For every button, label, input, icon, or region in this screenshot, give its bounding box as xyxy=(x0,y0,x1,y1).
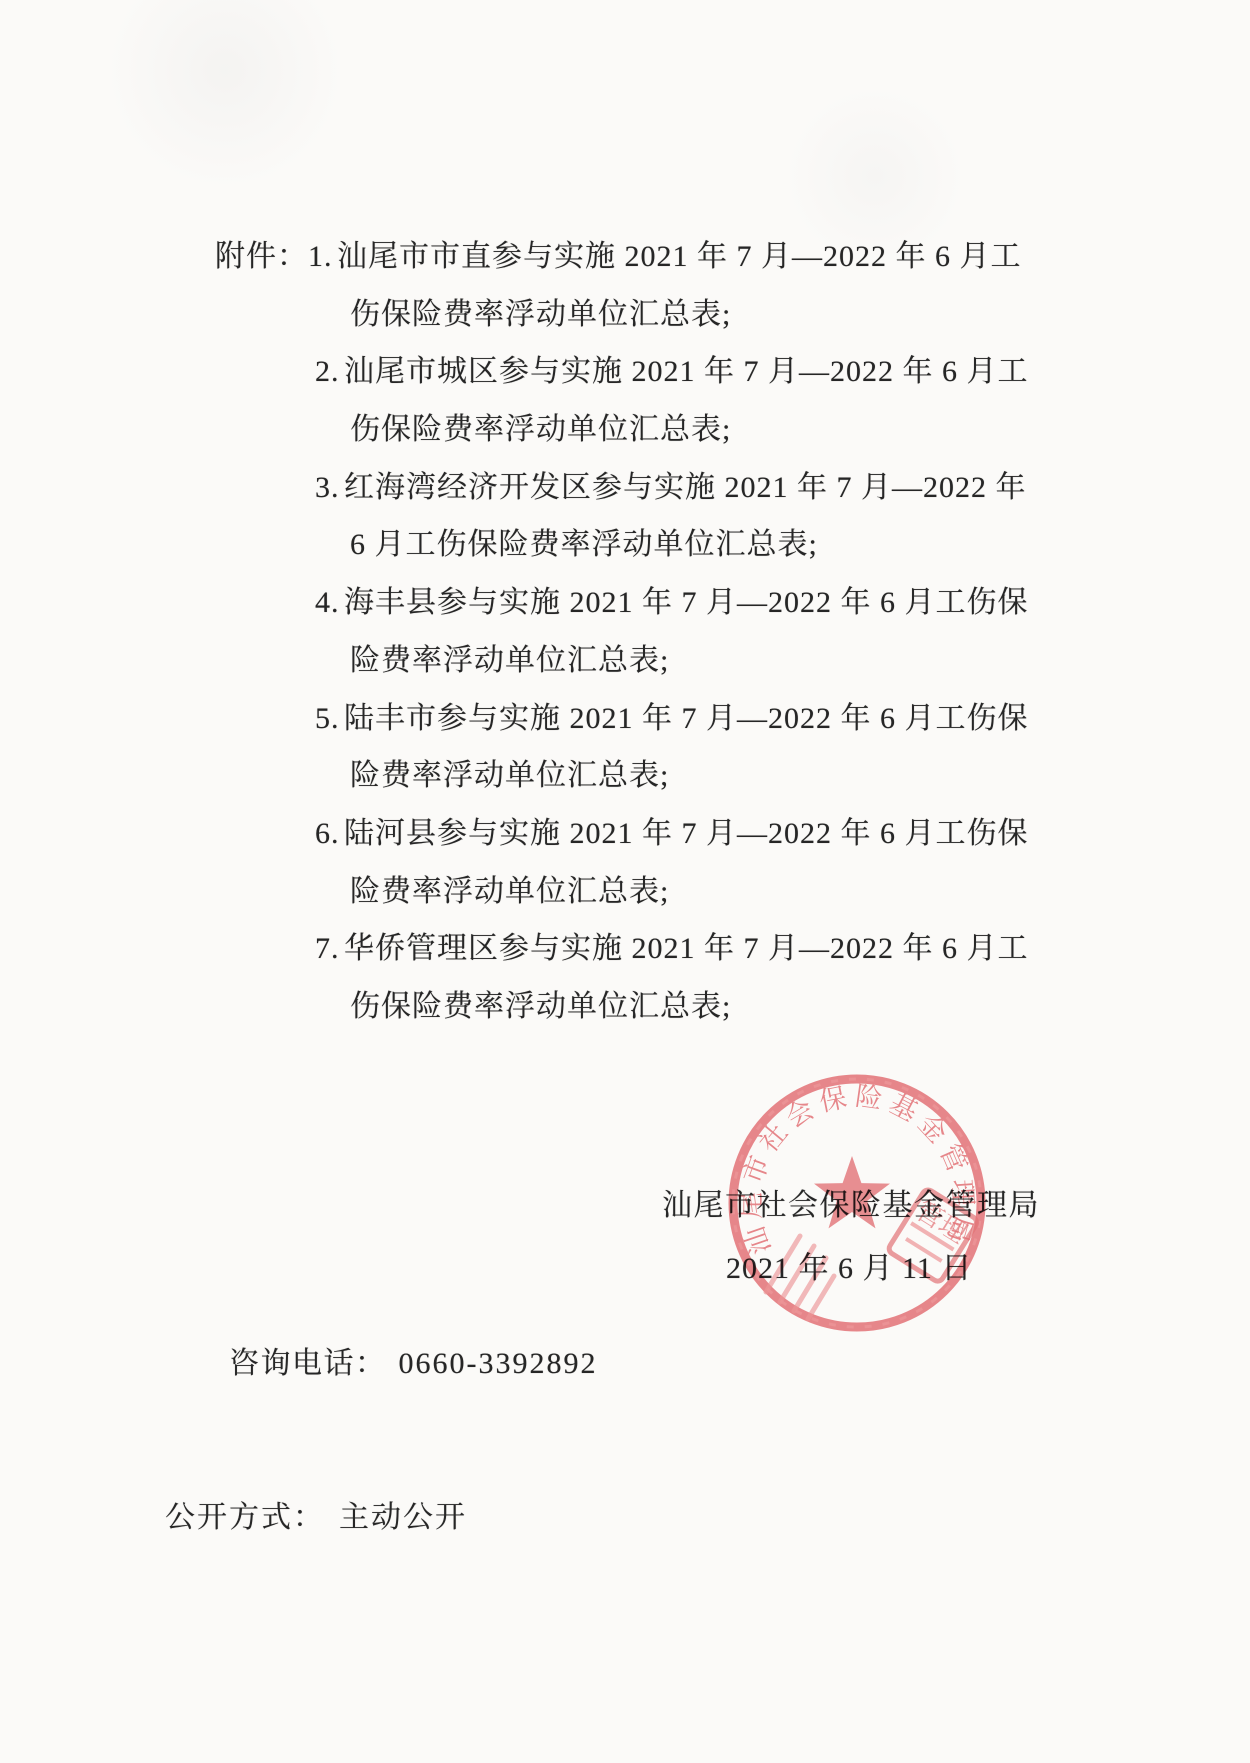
attachment-text: 险费率浮动单位汇总表; xyxy=(350,759,669,792)
attachments-label: 附件： xyxy=(215,228,308,286)
attachment-number: 3. xyxy=(315,459,344,517)
official-seal-stamp: 汕尾市社会保险基金管理局 管理 xyxy=(690,1030,1030,1360)
attachment-number: 5. xyxy=(315,690,344,748)
attachment-item-7-line-1: 7.华侨管理区参与实施 2021 年 7 月—2022 年 6 月工 xyxy=(215,920,1035,978)
disclosure-label: 公开方式： xyxy=(165,1501,325,1534)
attachment-item-7-line-2: 伤保险费率浮动单位汇总表; xyxy=(215,978,1035,1036)
attachment-item-6-line-2: 险费率浮动单位汇总表; xyxy=(215,863,1035,921)
attachment-item-5-line-2: 险费率浮动单位汇总表; xyxy=(215,747,1035,805)
attachment-text: 汕尾市城区参与实施 2021 年 7 月—2022 年 6 月工 xyxy=(344,355,1029,388)
disclosure-line: 公开方式：主动公开 xyxy=(165,1492,467,1536)
contact-label: 咨询电话： xyxy=(229,1347,387,1380)
attachment-item-4-line-1: 4.海丰县参与实施 2021 年 7 月—2022 年 6 月工伤保 xyxy=(215,574,1035,632)
attachment-text: 伤保险费率浮动单位汇总表; xyxy=(350,298,731,331)
attachment-text: 伤保险费率浮动单位汇总表; xyxy=(350,413,731,446)
attachment-text: 海丰县参与实施 2021 年 7 月—2022 年 6 月工伤保 xyxy=(344,586,1029,619)
attachment-item-3-line-2: 6 月工伤保险费率浮动单位汇总表; xyxy=(215,516,1035,574)
contact-line: 咨询电话：0660-3392892 xyxy=(229,1338,598,1382)
attachment-number: 2. xyxy=(315,343,344,401)
disclosure-value: 主动公开 xyxy=(339,1501,467,1534)
contact-phone-number: 0660-3392892 xyxy=(399,1347,598,1380)
attachment-text: 险费率浮动单位汇总表; xyxy=(350,875,669,908)
attachment-number: 4. xyxy=(315,574,344,632)
attachment-number: 6. xyxy=(315,805,344,863)
attachment-item-1-line-2: 伤保险费率浮动单位汇总表; xyxy=(215,286,1035,344)
attachment-text: 华侨管理区参与实施 2021 年 7 月—2022 年 6 月工 xyxy=(344,932,1029,965)
attachment-item-4-line-2: 险费率浮动单位汇总表; xyxy=(215,632,1035,690)
attachment-item-2-line-1: 2.汕尾市城区参与实施 2021 年 7 月—2022 年 6 月工 xyxy=(215,343,1035,401)
attachment-number: 7. xyxy=(315,920,344,978)
attachment-text: 汕尾市市直参与实施 2021 年 7 月—2022 年 6 月工 xyxy=(337,240,1022,273)
seal-ink-streaks xyxy=(766,1236,834,1319)
attachment-text: 伤保险费率浮动单位汇总表; xyxy=(350,990,731,1023)
attachment-text: 红海湾经济开发区参与实施 2021 年 7 月—2022 年 xyxy=(344,471,1027,504)
attachment-text: 陆丰市参与实施 2021 年 7 月—2022 年 6 月工伤保 xyxy=(344,702,1029,735)
attachment-item-2-line-2: 伤保险费率浮动单位汇总表; xyxy=(215,401,1035,459)
attachment-text: 险费率浮动单位汇总表; xyxy=(350,644,669,677)
attachment-text: 6 月工伤保险费率浮动单位汇总表; xyxy=(350,528,818,561)
attachment-item-5-line-1: 5.陆丰市参与实施 2021 年 7 月—2022 年 6 月工伤保 xyxy=(215,690,1035,748)
attachment-item-6-line-1: 6.陆河县参与实施 2021 年 7 月—2022 年 6 月工伤保 xyxy=(215,805,1035,863)
seal-star-icon xyxy=(814,1156,890,1228)
attachment-text: 陆河县参与实施 2021 年 7 月—2022 年 6 月工伤保 xyxy=(344,817,1029,850)
attachment-number: 1. xyxy=(308,228,337,286)
attachment-item-3-line-1: 3.红海湾经济开发区参与实施 2021 年 7 月—2022 年 xyxy=(215,459,1035,517)
attachment-item-1-line-1: 附件：1.汕尾市市直参与实施 2021 年 7 月—2022 年 6 月工 xyxy=(215,228,1035,286)
attachments-list: 附件：1.汕尾市市直参与实施 2021 年 7 月—2022 年 6 月工 伤保… xyxy=(215,228,1035,1036)
